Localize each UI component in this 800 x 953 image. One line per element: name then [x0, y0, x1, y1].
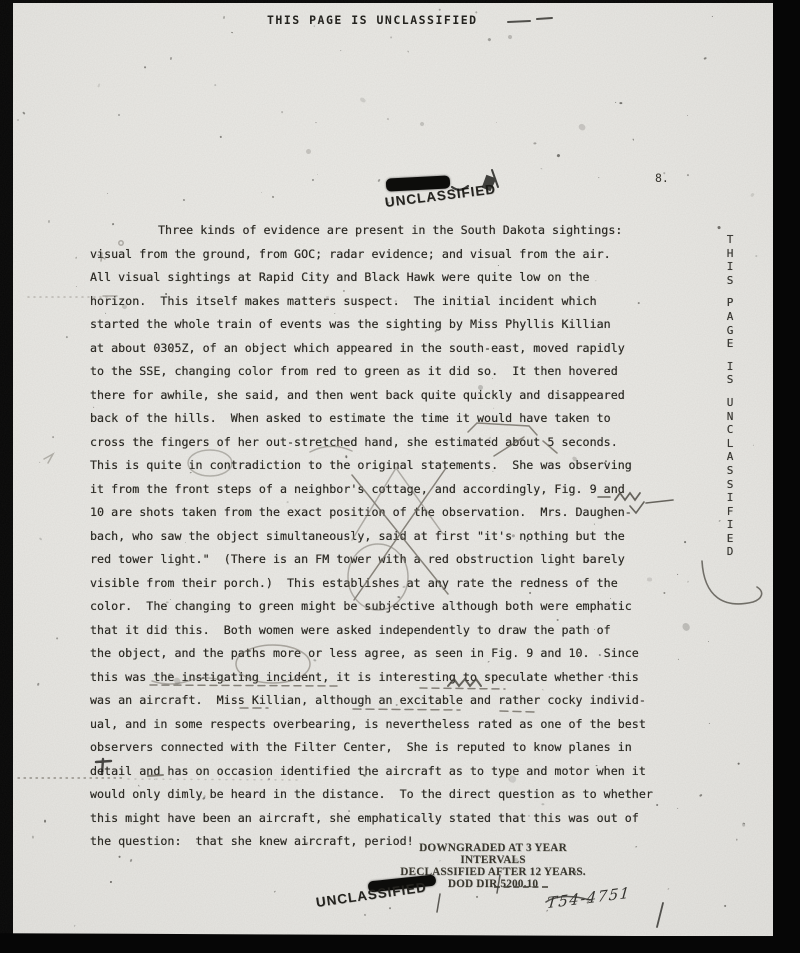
paper-speck: [498, 265, 499, 266]
page-classification-banner: THIS PAGE IS UNCLASSIFIED: [267, 13, 478, 27]
body-line: to the SSE, changing color from red to g…: [90, 360, 682, 384]
body-line: would only dimly be heard in the distanc…: [90, 783, 682, 807]
body-line: cross the fingers of her out-stretched h…: [90, 431, 682, 455]
paper-speck: [32, 836, 34, 839]
typewritten-body-text: Three kinds of evidence are present in t…: [90, 219, 682, 854]
paper-speck: [736, 838, 737, 840]
paper-speck: [184, 542, 185, 543]
body-line: back of the hills. When asked to estimat…: [90, 407, 682, 431]
paper-speck: [48, 220, 50, 223]
paper-speck: [165, 601, 168, 603]
paper-speck: [597, 372, 599, 374]
body-line: that it did this. Both women were asked …: [90, 619, 682, 643]
page-number: 8.: [655, 171, 669, 185]
paper-speck: [540, 167, 542, 169]
paper-speck: [326, 296, 329, 298]
paper-speck: [52, 436, 54, 438]
margin-vertical-text: THISPAGEISUNCLASSIFIED: [722, 233, 738, 559]
body-line: ual, and in some respects overbearing, i…: [90, 713, 682, 737]
paper-speck: [329, 745, 330, 746]
paper-speck: [393, 676, 396, 679]
paper-speck: [344, 455, 347, 458]
body-line: All visual sightings at Rapid City and B…: [90, 266, 682, 290]
body-line: the question: that she knew aircraft, pe…: [90, 830, 682, 854]
body-line: horizon. This itself makes matters suspe…: [90, 290, 682, 314]
body-line: started the whole train of events was th…: [90, 313, 682, 337]
body-line: red tower light." (There is an FM tower …: [90, 548, 682, 572]
paper-speck: [541, 803, 544, 805]
paper-speck: [117, 114, 119, 116]
paper-speck: [183, 198, 185, 200]
scanned-document-page: THIS PAGE IS UNCLASSIFIED 8. UNCLASSIFIE…: [0, 0, 800, 953]
downgrade-stamp-line: DOWNGRADED AT 3 YEAR INTERVALS: [398, 843, 588, 867]
body-line: bach, who saw the object simultaneously,…: [90, 525, 682, 549]
body-line: visible from their porch.) This establis…: [90, 572, 682, 596]
body-line: the object, and the paths more or less a…: [90, 642, 682, 666]
body-line: This is quite in contradiction to the or…: [90, 454, 682, 478]
paper-speck: [286, 501, 288, 503]
paper-speck: [214, 84, 217, 87]
body-line: there for awhile, she said, and then wen…: [90, 384, 682, 408]
paper-speck: [110, 880, 112, 882]
pencil-dash-under-stamp: [494, 886, 548, 888]
body-line: was an aircraft. Miss Killian, although …: [90, 689, 682, 713]
body-line: Three kinds of evidence are present in t…: [90, 219, 682, 243]
body-line: it from the front steps of a neighbor's …: [90, 478, 682, 502]
body-line: visual from the ground, from GOC; radar …: [90, 243, 682, 267]
paper-speck: [596, 764, 598, 765]
paper-speck: [648, 577, 653, 581]
body-line: 10 are shots taken from the exact positi…: [90, 501, 682, 525]
body-line: this might have been an aircraft, she em…: [90, 807, 682, 831]
paper-speck: [288, 720, 289, 721]
paper-speck: [315, 122, 317, 124]
scan-border-right: [773, 0, 800, 953]
body-line: at about 0305Z, of an object which appea…: [90, 337, 682, 361]
paper-speck: [389, 907, 391, 909]
body-line: detail and has on occasion identified th…: [90, 760, 682, 784]
paper-speck: [397, 394, 402, 399]
paper-speck: [687, 580, 689, 582]
paper-speck: [476, 896, 478, 898]
body-line: color. The changing to green might be su…: [90, 595, 682, 619]
paper-speck: [44, 820, 46, 823]
paper-speck: [17, 119, 19, 121]
scan-border-bottom: [0, 933, 800, 953]
paper-speck: [75, 285, 76, 286]
paper-speck: [314, 26, 315, 27]
body-line: observers connected with the Filter Cent…: [90, 736, 682, 760]
